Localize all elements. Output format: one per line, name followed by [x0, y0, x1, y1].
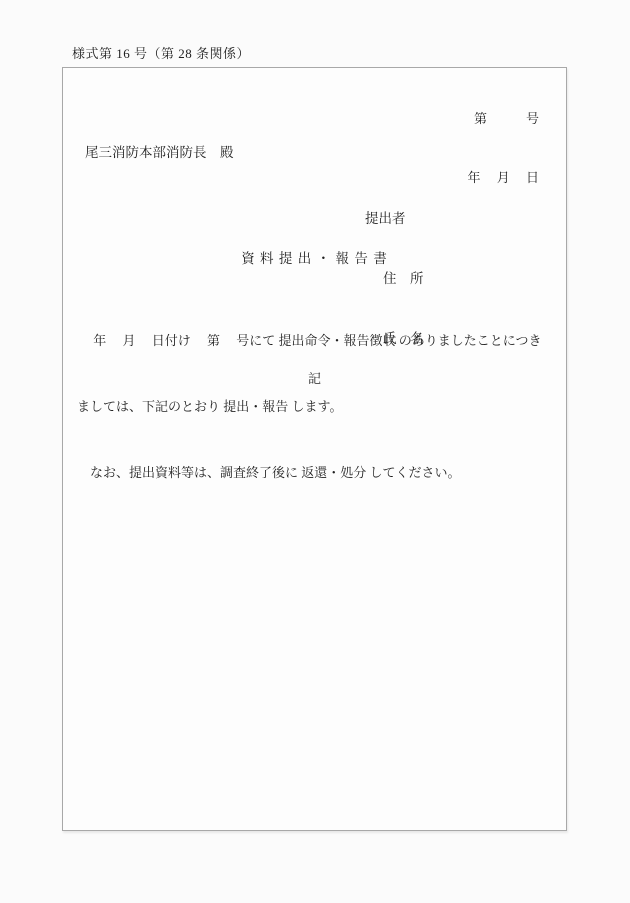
submitter-label: 提出者: [365, 209, 424, 229]
record-marker: 記: [63, 368, 566, 387]
document-title: 資 料 提 出 ・ 報 告 書: [63, 247, 566, 267]
body-line-2: ましては、下記のとおり 提出・報告 します。: [77, 396, 560, 418]
form-number-label: 様式第 16 号（第 28 条関係）: [72, 43, 250, 62]
doc-number-line: 第 号: [467, 109, 539, 129]
addressee-line: 尾三消防本部消防長 殿: [85, 141, 234, 161]
body-paragraph: 年 月 日付け 第 号にて 提出命令・報告徴収 のありましたことにつき ましては…: [77, 286, 560, 528]
body-line-3: なお、提出資料等は、調査終了後に 返還・処分 してください。: [77, 462, 560, 484]
document-page: 様式第 16 号（第 28 条関係） 第 号 年 月 日 尾三消防本部消防長 殿…: [0, 0, 630, 903]
document-frame: 第 号 年 月 日 尾三消防本部消防長 殿 提出者 住 所 氏 名 資 料 提 …: [62, 67, 567, 831]
doc-number-date-block: 第 号 年 月 日: [467, 70, 539, 226]
body-line-1: 年 月 日付け 第 号にて 提出命令・報告徴収 のありましたことにつき: [77, 330, 560, 352]
date-line: 年 月 日: [467, 168, 539, 188]
